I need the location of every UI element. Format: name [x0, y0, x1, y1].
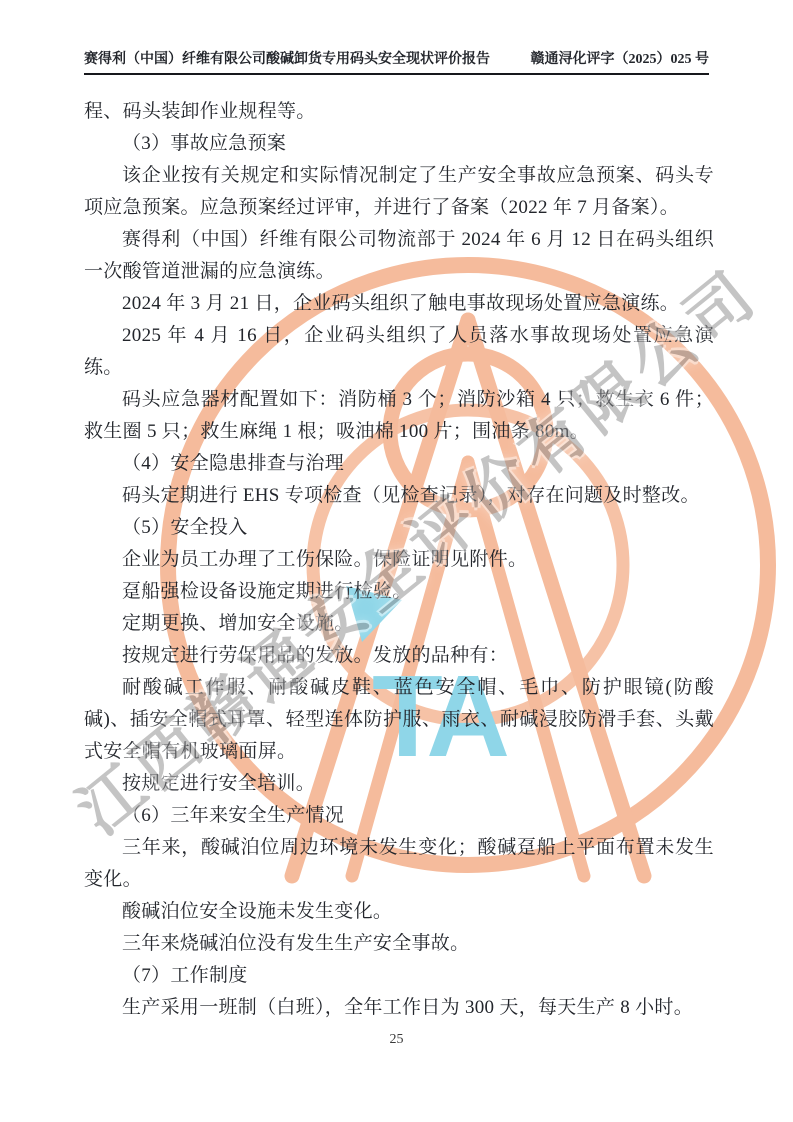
body-paragraph: 耐酸碱工作服、耐酸碱皮鞋、蓝色安全帽、毛巾、防护眼镜(防酸碱)、插安全帽式耳罩、… [84, 672, 714, 768]
body-paragraph: 按规定进行安全培训。 [84, 768, 714, 800]
body-paragraph: （6）三年来安全生产情况 [84, 800, 714, 832]
body-paragraph: 趸船强检设备设施定期进行检验。 [84, 576, 714, 608]
header-report-title: 赛得利（中国）纤维有限公司酸碱卸货专用码头安全现状评价报告 [84, 50, 490, 70]
body-paragraph: 按规定进行劳保用品的发放。发放的品种有： [84, 640, 714, 672]
document-page: TA 赛得利（中国）纤维有限公司酸碱卸货专用码头安全现状评价报告 赣通浔化评字（… [0, 0, 793, 1122]
body-paragraph: 2025 年 4 月 16 日，企业码头组织了人员落水事故现场处置应急演练。 [84, 320, 714, 384]
body-paragraph: 企业为员工办理了工伤保险。保险证明见附件。 [84, 544, 714, 576]
body-paragraph: 码头应急器材配置如下：消防桶 3 个；消防沙箱 4 只；救生衣 6 件；救生圈 … [84, 384, 714, 448]
body-paragraph: 生产采用一班制（白班），全年工作日为 300 天，每天生产 8 小时。 [84, 992, 714, 1024]
body-paragraph: 三年来，酸碱泊位周边环境未发生变化；酸碱趸船上平面布置未发生变化。 [84, 832, 714, 896]
page-header: 赛得利（中国）纤维有限公司酸碱卸货专用码头安全现状评价报告 赣通浔化评字（202… [84, 50, 709, 75]
body-paragraph: （4）安全隐患排查与治理 [84, 448, 714, 480]
body-paragraph: 码头定期进行 EHS 专项检查（见检查记录），对存在问题及时整改。 [84, 480, 714, 512]
report-body: 程、码头装卸作业规程等。（3）事故应急预案该企业按有关规定和实际情况制定了生产安… [84, 96, 714, 1024]
body-paragraph: 赛得利（中国）纤维有限公司物流部于 2024 年 6 月 12 日在码头组织一次… [84, 224, 714, 288]
body-paragraph: 该企业按有关规定和实际情况制定了生产安全事故应急预案、码头专项应急预案。应急预案… [84, 160, 714, 224]
body-paragraph: （3）事故应急预案 [84, 128, 714, 160]
body-paragraph: 2024 年 3 月 21 日，企业码头组织了触电事故现场处置应急演练。 [84, 288, 714, 320]
body-paragraph: 定期更换、增加安全设施。 [84, 608, 714, 640]
body-paragraph: （5）安全投入 [84, 512, 714, 544]
page-number: 25 [0, 1032, 793, 1048]
body-paragraph: 三年来烧碱泊位没有发生生产安全事故。 [84, 928, 714, 960]
body-paragraph: 程、码头装卸作业规程等。 [84, 96, 714, 128]
body-paragraph: （7）工作制度 [84, 960, 714, 992]
header-doc-number: 赣通浔化评字（2025）025 号 [531, 50, 710, 70]
body-paragraph: 酸碱泊位安全设施未发生变化。 [84, 896, 714, 928]
